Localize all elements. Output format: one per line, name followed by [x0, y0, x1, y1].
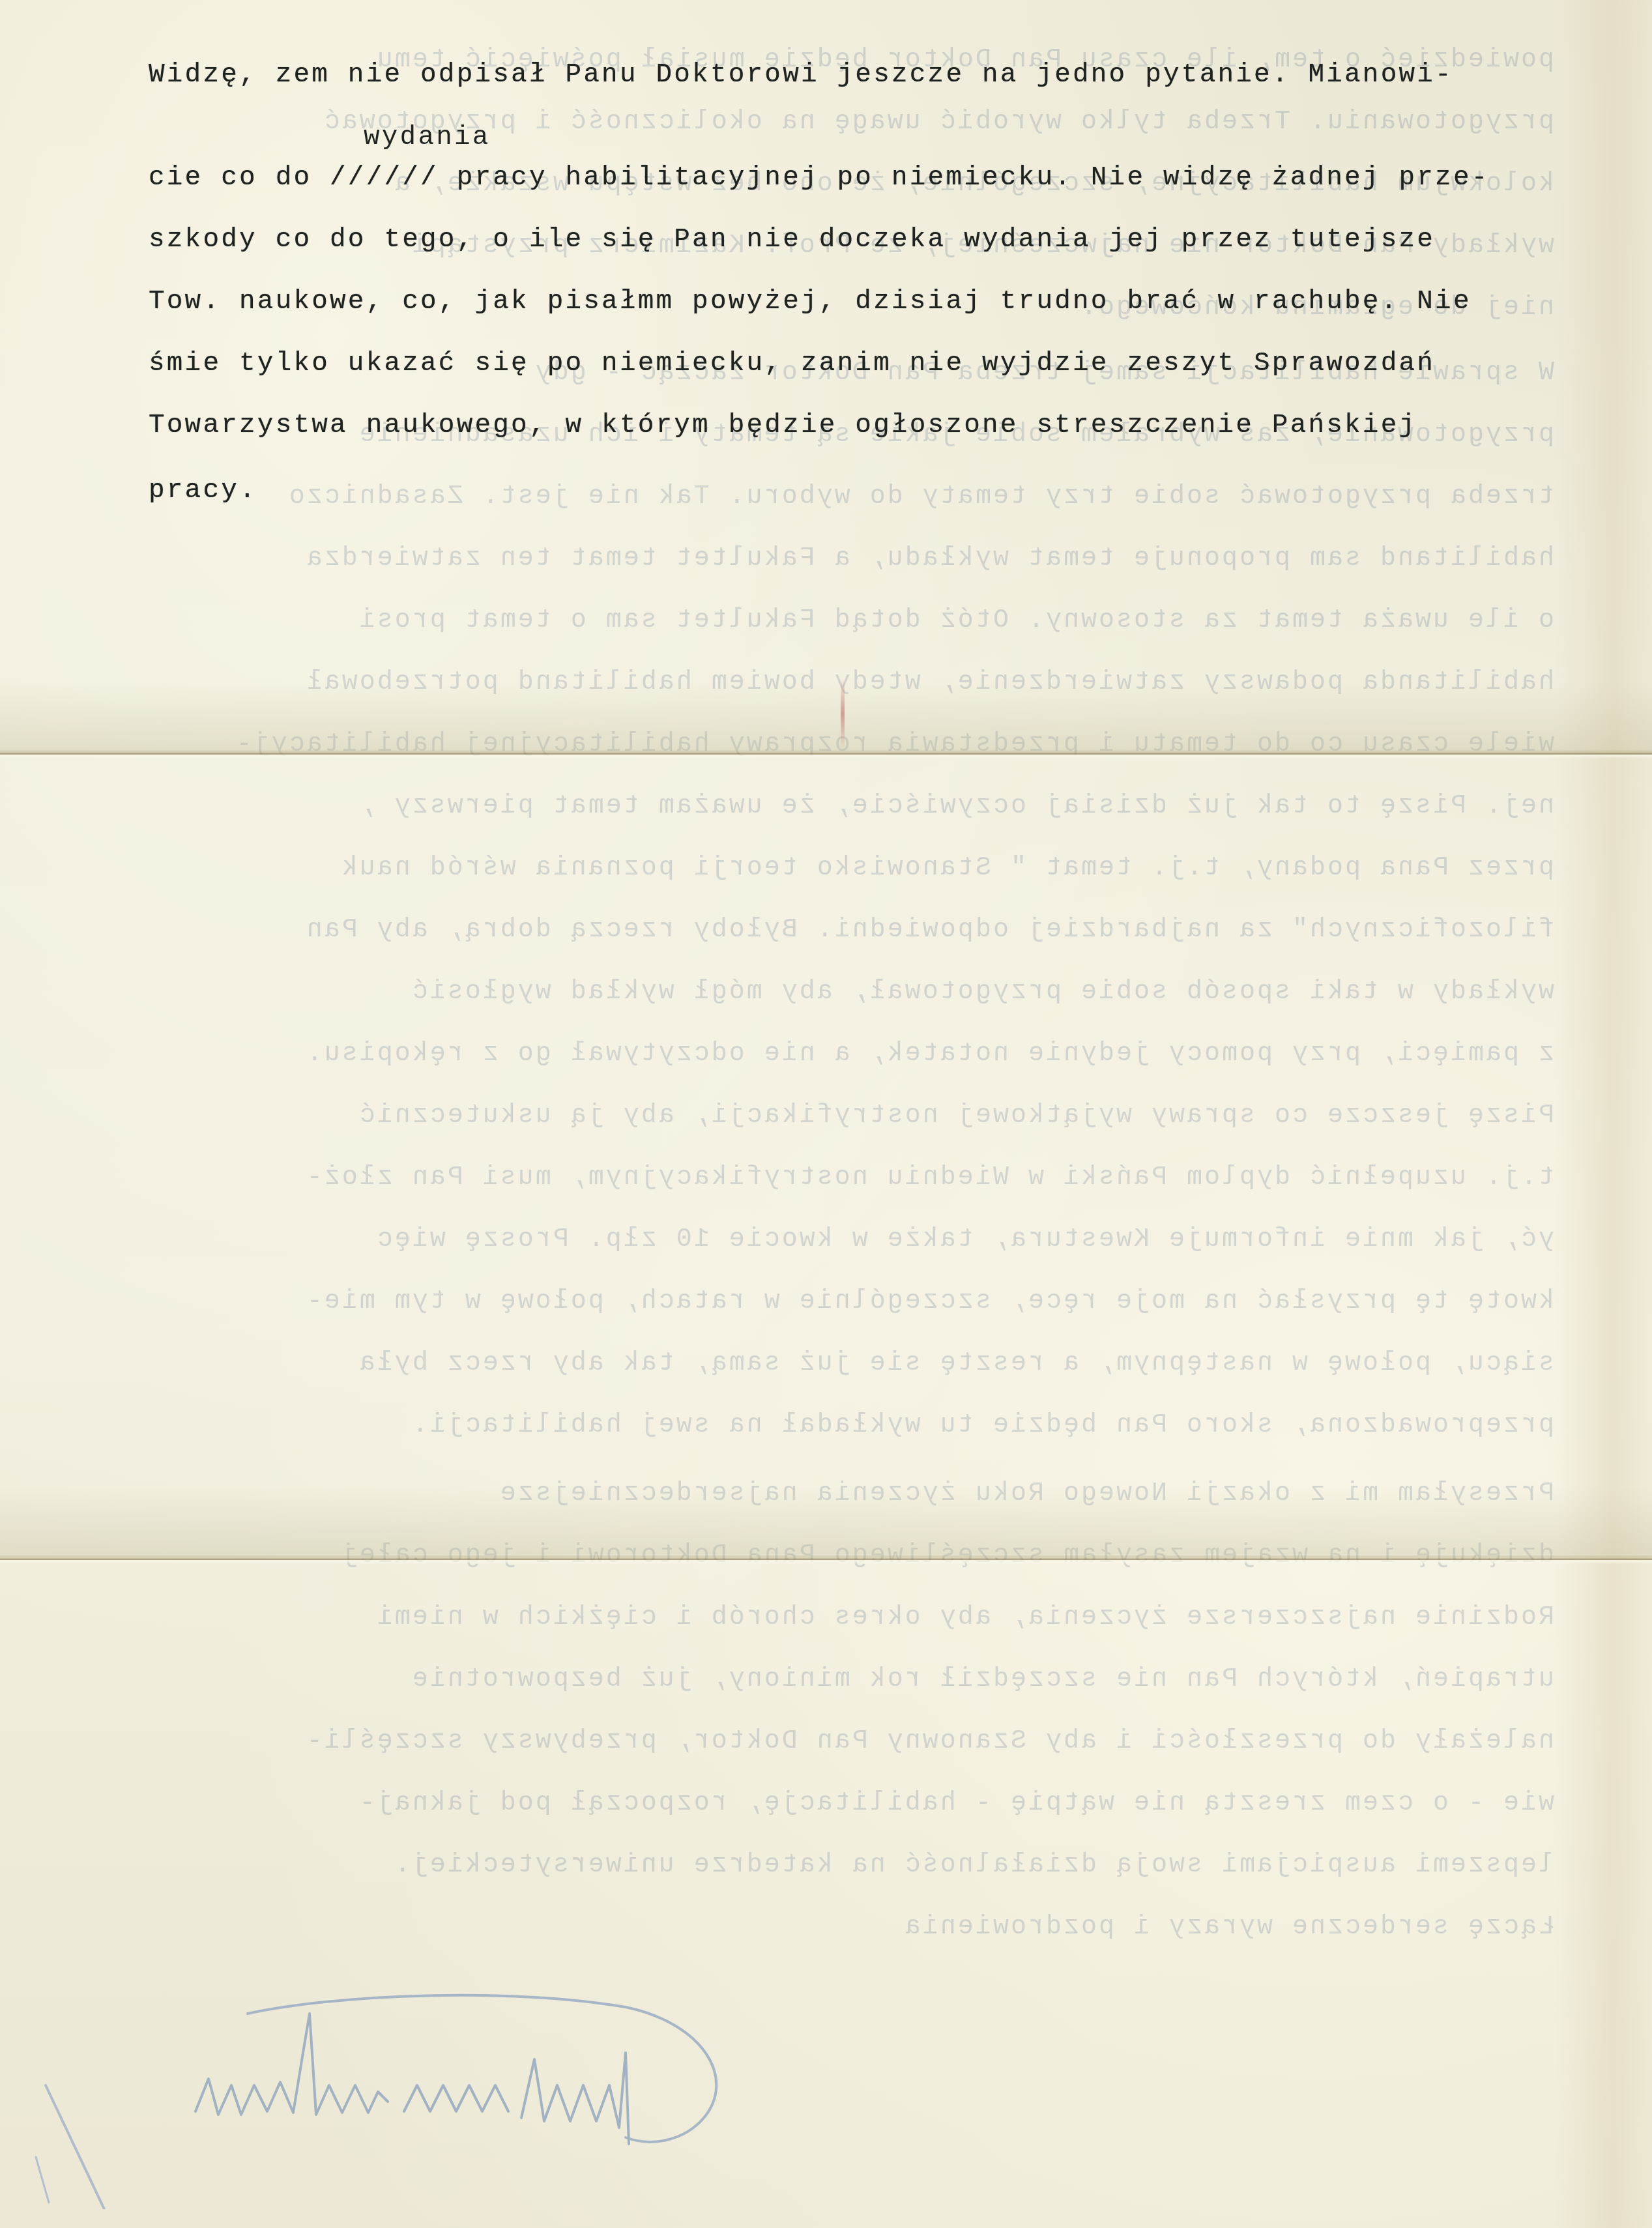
bleed-through-text: powiedzieć o tem, ile czasu Pan Doktor b…	[0, 0, 1652, 2228]
interlinear-correction: wydania	[364, 123, 491, 152]
letter-page: powiedzieć o tem, ile czasu Pan Doktor b…	[0, 0, 1652, 2228]
red-ink-mark	[841, 678, 845, 749]
typed-line-7: pracy.	[149, 476, 257, 506]
typed-line-4: Tow. naukowe, co, jak pisałmm powyżej, d…	[149, 287, 1471, 317]
typed-line-1: Widzę, zem nie odpisał Panu Doktorowi je…	[149, 60, 1453, 90]
typed-line-6: Towarzystwa naukowego, w którym będzie o…	[149, 411, 1417, 441]
fold-crease-upper	[0, 749, 1652, 759]
fold-crease-lower	[0, 1555, 1652, 1564]
typed-text-block: Widzę, zem nie odpisał Panu Doktorowi je…	[149, 0, 221, 270]
pencil-signature	[169, 1988, 756, 2157]
fold-shadow-lower	[0, 1486, 1652, 1557]
corner-pencil-mark	[33, 2079, 124, 2209]
typed-line-5: śmie tylko ukazać się po niemiecku, zani…	[149, 349, 1435, 379]
typed-line-2: cie co do ////// pracy habilitacyjnej po…	[149, 163, 1490, 193]
fold-shadow-upper	[0, 681, 1652, 753]
typed-line-3: szkody co do tego, o ile się Pan nie doc…	[149, 225, 1435, 255]
